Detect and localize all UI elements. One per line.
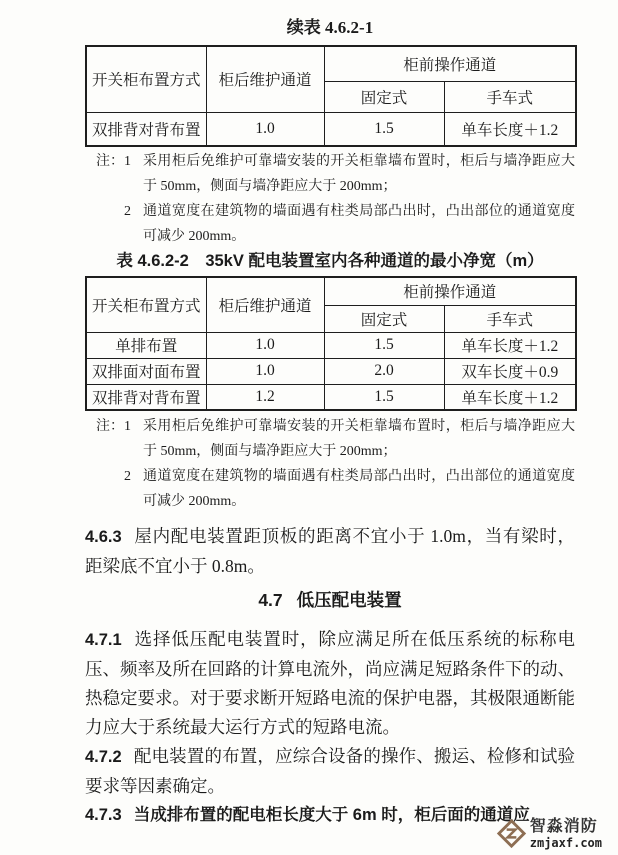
cell-arrangement: 单排布置 <box>86 332 206 358</box>
cell-drawout: 单车长度＋1.2 <box>444 332 576 358</box>
watermark-name: 智淼消防 <box>530 819 602 835</box>
header-rear-aisle: 柜后维护通道 <box>206 46 324 112</box>
cell-fixed: 1.5 <box>324 112 444 146</box>
section-4-7-heading: 4.7低压配电装置 <box>85 587 575 613</box>
page-content: 续表 4.6.2-1 开关柜布置方式 柜后维护通道 柜前操作通道 固定式 手车式… <box>0 0 618 830</box>
section-number: 4.7.1 <box>85 631 122 649</box>
header-front-group: 柜前操作通道 <box>324 277 576 305</box>
header-front-group: 柜前操作通道 <box>324 46 576 81</box>
cell-drawout: 双车长度＋0.9 <box>444 358 576 384</box>
note-text: 采用柜后免维护可靠墙安装的开关柜靠墙布置时，柜后与墙净距应大于 50mm，侧面与… <box>143 414 575 464</box>
table-row: 双排背对背布置 1.2 1.5 单车长度＋1.2 <box>86 384 576 410</box>
section-4-7-2: 4.7.2配电装置的布置，应综合设备的操作、搬运、检修和试验要求等因素确定。 <box>85 742 575 801</box>
cell-rear: 1.2 <box>206 384 324 410</box>
section-4-7-1: 4.7.1选择低压配电装置时，除应满足所在低压系统的标称电压、频率及所在回路的计… <box>85 625 575 742</box>
heading-number: 4.7 <box>258 590 282 610</box>
cell-drawout: 单车长度＋1.2 <box>444 112 576 146</box>
heading-title: 低压配电装置 <box>297 590 402 610</box>
watermark-text: 智淼消防 zmjaxf.com <box>530 819 602 849</box>
note-item: 2 通道宽度在建筑物的墙面遇有柱类局部凸出时，凸出部位的通道宽度可减少 200m… <box>96 199 575 249</box>
note-number: 1 <box>124 414 143 464</box>
cell-fixed: 2.0 <box>324 358 444 384</box>
note-item: 注： 1 采用柜后免维护可靠墙安装的开关柜靠墙布置时，柜后与墙净距应大于 50m… <box>96 414 575 464</box>
section-number: 4.6.3 <box>85 528 122 546</box>
header-drawout-type: 手车式 <box>444 81 576 112</box>
cell-rear: 1.0 <box>206 358 324 384</box>
table-4-6-2-2-title: 表 4.6.2-2 35kV 配电装置室内各种通道的最小净宽（m） <box>85 249 575 273</box>
cell-arrangement: 双排背对背布置 <box>86 112 206 146</box>
cell-fixed: 1.5 <box>324 332 444 358</box>
section-text: 屋内配电装置距顶板的距离不宜小于 1.0m，当有梁时，距梁底不宜小于 0.8m。 <box>85 526 575 576</box>
section-4-6-3: 4.6.3屋内配电装置距顶板的距离不宜小于 1.0m，当有梁时，距梁底不宜小于 … <box>85 522 575 581</box>
table-row: 双排背对背布置 1.0 1.5 单车长度＋1.2 <box>86 112 576 146</box>
cell-rear: 1.0 <box>206 112 324 146</box>
cell-rear: 1.0 <box>206 332 324 358</box>
cell-arrangement: 双排背对背布置 <box>86 384 206 410</box>
table-row: 单排布置 1.0 1.5 单车长度＋1.2 <box>86 332 576 358</box>
header-rear-aisle: 柜后维护通道 <box>206 277 324 332</box>
note-label: 注： <box>96 414 124 464</box>
header-arrangement: 开关柜布置方式 <box>86 277 206 332</box>
note-text: 通道宽度在建筑物的墙面遇有柱类局部凸出时，凸出部位的通道宽度可减少 200mm。 <box>143 464 575 514</box>
note-number: 2 <box>124 464 143 514</box>
section-text: 当成排布置的配电柜长度大于 6m 时，柜后面的通道应 <box>134 806 530 824</box>
cell-fixed: 1.5 <box>324 384 444 410</box>
note-text: 采用柜后免维护可靠墙安装的开关柜靠墙布置时，柜后与墙净距应大于 50mm，侧面与… <box>143 149 575 199</box>
continued-table-title: 续表 4.6.2-1 <box>85 16 575 40</box>
watermark-site: zmjaxf.com <box>530 837 602 849</box>
section-number: 4.7.2 <box>85 748 122 766</box>
section-text: 配电装置的布置，应综合设备的操作、搬运、检修和试验要求等因素确定。 <box>85 746 575 796</box>
header-fixed-type: 固定式 <box>324 305 444 332</box>
document-page: 续表 4.6.2-1 开关柜布置方式 柜后维护通道 柜前操作通道 固定式 手车式… <box>0 0 618 855</box>
notes-block-1: 注： 1 采用柜后免维护可靠墙安装的开关柜靠墙布置时，柜后与墙净距应大于 50m… <box>96 149 575 249</box>
table-row: 双排面对面布置 1.0 2.0 双车长度＋0.9 <box>86 358 576 384</box>
section-text: 选择低压配电装置时，除应满足所在低压系统的标称电压、频率及所在回路的计算电流外，… <box>85 629 575 737</box>
note-text: 通道宽度在建筑物的墙面遇有柱类局部凸出时，凸出部位的通道宽度可减少 200mm。 <box>143 199 575 249</box>
table-4-6-2-1-continued: 开关柜布置方式 柜后维护通道 柜前操作通道 固定式 手车式 双排背对背布置 1.… <box>85 45 577 147</box>
cell-drawout: 单车长度＋1.2 <box>444 384 576 410</box>
note-item: 2 通道宽度在建筑物的墙面遇有柱类局部凸出时，凸出部位的通道宽度可减少 200m… <box>96 464 575 514</box>
note-label: 注： <box>96 149 124 199</box>
cell-arrangement: 双排面对面布置 <box>86 358 206 384</box>
table-header-row: 开关柜布置方式 柜后维护通道 柜前操作通道 <box>86 46 576 81</box>
zmjaxf-logo-icon <box>496 818 527 849</box>
table-4-6-2-2: 开关柜布置方式 柜后维护通道 柜前操作通道 固定式 手车式 单排布置 1.0 1… <box>85 276 577 411</box>
notes-block-2: 注： 1 采用柜后免维护可靠墙安装的开关柜靠墙布置时，柜后与墙净距应大于 50m… <box>96 414 575 514</box>
header-fixed-type: 固定式 <box>324 81 444 112</box>
note-number: 2 <box>124 199 143 249</box>
zmjaxf-watermark: 智淼消防 zmjaxf.com <box>496 818 602 849</box>
note-item: 注： 1 采用柜后免维护可靠墙安装的开关柜靠墙布置时，柜后与墙净距应大于 50m… <box>96 149 575 199</box>
section-number: 4.7.3 <box>85 806 122 824</box>
header-arrangement: 开关柜布置方式 <box>86 46 206 112</box>
table-header-row: 开关柜布置方式 柜后维护通道 柜前操作通道 <box>86 277 576 305</box>
note-number: 1 <box>124 149 143 199</box>
header-drawout-type: 手车式 <box>444 305 576 332</box>
